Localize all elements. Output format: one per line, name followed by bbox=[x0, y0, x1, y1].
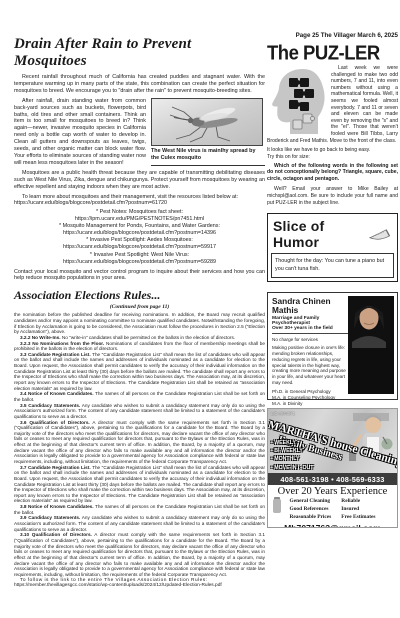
section-lead: 3.9 Candidacy Statements. bbox=[20, 515, 80, 520]
martha-phone-numbers: 408-561-3198 • 408-569-6333 bbox=[268, 473, 397, 485]
section-text: the nomination before the published dead… bbox=[14, 312, 265, 334]
section-text: A director must comply with the same req… bbox=[14, 532, 265, 576]
paragraph: It looks like we have to go back to bein… bbox=[267, 147, 398, 154]
license-number: LIC #844871 bbox=[271, 411, 295, 416]
section-text: The "Candidate Registration List" shall … bbox=[14, 465, 265, 504]
photo-caption: The West Nile virus is mainlhy spread by… bbox=[151, 146, 265, 166]
legal-paragraph: 3.4 Notice of Known Candidates. The name… bbox=[14, 391, 265, 402]
paragraph: Recent rainfall throughout much of Calif… bbox=[14, 74, 265, 95]
paragraph: Mosquitoes are a public health threat be… bbox=[14, 170, 265, 191]
paragraph: Try this on for size: bbox=[267, 154, 398, 161]
puzzle-head-image bbox=[267, 66, 327, 136]
slice-of-humor-box: Slice of Humor Thought for the day: You … bbox=[267, 213, 398, 282]
section-lead: 3.2.3 No Nominations from the Floor. bbox=[20, 341, 104, 346]
feature: Insured bbox=[341, 506, 375, 514]
resource-url: https://ipm.ucanr.edu/PMG/PESTNOTES/pn74… bbox=[14, 216, 265, 223]
features: General Cleaning Good References Reasona… bbox=[268, 498, 397, 521]
puzzler-body: Last week we were challenged to make two… bbox=[267, 65, 398, 206]
left-column: Drain After Rain to Prevent Mosquitoes R… bbox=[14, 36, 265, 588]
election-rules-link: https://member.thevillagesgcc.com/static… bbox=[14, 583, 265, 588]
resources-intro: To learn more about mosquitoes and their… bbox=[14, 194, 265, 201]
sandra-mathis-ad: Sandra Chinen Mathis Marriage and Family… bbox=[267, 292, 398, 400]
humor-title: Slice of Humor bbox=[273, 218, 368, 250]
resource-url: https://ucanr.edu/blogs/blogcore/postdet… bbox=[14, 244, 265, 251]
credentials: Ph.D. in General Psychology M.A. in Coun… bbox=[272, 389, 348, 407]
section-lead: 3.2.2 No Write-Ins. bbox=[20, 335, 61, 340]
resource-list: * Pest Notes: Mosquitoes fact sheet: htt… bbox=[14, 209, 265, 265]
sandra-ad-text: Sandra Chinen Mathis Marriage and Family… bbox=[272, 297, 348, 424]
service-list: • WEEKLY • BI-WEEKLY • MONTHLY • MOVE-IN… bbox=[271, 439, 313, 471]
section-text: The "Candidate Registration List" shall … bbox=[14, 352, 265, 391]
section-lead: 3.6 Qualification of Directors. bbox=[20, 420, 90, 425]
portrait-illustration bbox=[348, 296, 390, 348]
features-right: Reliable Insured Free Estimates bbox=[341, 498, 375, 521]
spray-bottle-icon bbox=[273, 499, 281, 513]
puzzle-head-illustration bbox=[267, 66, 327, 136]
martha-cleaning-ad: LIC #844871 MARTHA'S house Cleaning bbox=[267, 408, 398, 528]
features-left: General Cleaning Good References Reasona… bbox=[290, 498, 332, 521]
section-lead: 3.4 Notice of Known Candidates. bbox=[20, 391, 94, 396]
sandra-photo bbox=[348, 296, 394, 394]
resource-label: * Invasive Pest Spotlight: Aedes Mosquit… bbox=[14, 237, 265, 244]
section-lead: 3.5 Candidacy Statements. bbox=[20, 403, 80, 408]
legal-paragraph: 3.9 Candidacy Statements. Any candidate … bbox=[14, 515, 265, 532]
section-lead: 3.8 Notice of Known Candidates. bbox=[20, 504, 94, 509]
legal-paragraph: 3.10 Qualification of Directors. A direc… bbox=[14, 532, 265, 577]
feature: Free Estimates bbox=[341, 514, 375, 522]
page-folio: Page 25 The Villager March 6, 2025 bbox=[267, 32, 398, 39]
feature: General Cleaning bbox=[290, 498, 332, 506]
feature: Reasonable Prices bbox=[290, 514, 332, 522]
legal-paragraph: the nomination before the published dead… bbox=[14, 312, 265, 335]
service-item: • WEEKLY bbox=[271, 439, 313, 447]
pie-slice-icon bbox=[368, 227, 392, 242]
advertiser-name: Sandra Chinen Mathis bbox=[272, 297, 356, 314]
legal-paragraph: 3.3 Candidate Registration List. The "Ca… bbox=[14, 352, 265, 391]
resource-url: https://ucanr.edu/blogs/blogcore/postdet… bbox=[14, 230, 265, 237]
article-title-elections: Association Elections Rules... bbox=[14, 288, 265, 303]
feature: Reliable bbox=[341, 498, 375, 506]
resource-url: https://ucanr.edu/blogs/blogcore/postdet… bbox=[14, 259, 265, 266]
service-item: • MOVE-IN / -OUT bbox=[271, 464, 313, 472]
advertiser-experience: Over 30+ years in the field bbox=[272, 326, 356, 334]
ad-line: No charge for services bbox=[272, 337, 348, 343]
humor-thought: Thought for the day: You can tune a pian… bbox=[271, 253, 394, 278]
feature: Good References bbox=[290, 506, 332, 514]
service-item: • BI-WEEKLY bbox=[271, 447, 313, 455]
article-elections-body: the nomination before the published dead… bbox=[14, 312, 265, 588]
puzzler-title: The PUZ-LER bbox=[267, 41, 398, 65]
legal-paragraph: 3.8 Notice of Known Candidates. The name… bbox=[14, 504, 265, 515]
credential: M.A. in Divinity bbox=[272, 401, 348, 407]
advertiser-title: Marriage and Family Psychotherapist bbox=[272, 316, 356, 326]
resources-main-url: https://ucanr.edu/blogs/blogcore/postdet… bbox=[14, 200, 265, 206]
service-item: • MONTHLY bbox=[271, 455, 313, 463]
mosquito-figure: The West Nile virus is mainlhy spread by… bbox=[151, 98, 265, 166]
article-mosquitoes-body: Recent rainfall throughout much of Calif… bbox=[14, 74, 265, 194]
experience-line: Over 20 Years Experience bbox=[268, 486, 397, 497]
continued-from-note: (Continued from page 11) bbox=[14, 304, 265, 310]
ad-description: Making positive closure in one's life: m… bbox=[272, 345, 348, 385]
newspaper-page: Drain After Rain to Prevent Mosquitoes R… bbox=[0, 0, 400, 618]
mosquito-illustration bbox=[152, 99, 262, 145]
legal-paragraph: 3.6 Qualification of Directors. A direct… bbox=[14, 420, 265, 465]
puzzle-question: Which of the following words in the foll… bbox=[267, 163, 398, 183]
right-column: Page 25 The Villager March 6, 2025 The P… bbox=[267, 32, 398, 528]
legal-paragraph: 3.5 Candidacy Statements. Any candidate … bbox=[14, 403, 265, 420]
article-title-mosquitoes: Drain After Rain to Prevent Mosquitoes bbox=[14, 36, 265, 70]
section-lead: 3.3 Candidate Registration List. bbox=[20, 352, 91, 357]
martha-ad-image: LIC #844871 MARTHA'S house Cleaning bbox=[268, 409, 397, 473]
legal-paragraph: 3.2.3 No Nominations from the Floor. Nom… bbox=[14, 341, 265, 352]
martha-email: Mh7071763@gmail.com bbox=[268, 523, 397, 529]
section-text: A director must comply with the same req… bbox=[14, 420, 265, 464]
resource-label: * Mosquito Management for Ponds, Fountai… bbox=[14, 223, 265, 230]
paragraph: Contact your local mosquito and vector c… bbox=[14, 269, 265, 283]
section-lead: 3.7 Candidate Registration List. bbox=[20, 465, 91, 470]
section-text: No "write-in" candidates shall be permit… bbox=[62, 335, 235, 340]
legal-paragraph: 3.7 Candidate Registration List. The "Ca… bbox=[14, 465, 265, 504]
paragraph: Well? Email your answer to Mike Bailey a… bbox=[267, 186, 398, 206]
mosquito-photo bbox=[151, 98, 263, 146]
resource-label: * Pest Notes: Mosquitoes fact sheet: bbox=[14, 209, 265, 216]
resource-label: * Invasive Pest Spotlight: West Nile Vir… bbox=[14, 252, 265, 259]
section-lead: 3.10 Qualification of Directors. bbox=[20, 532, 92, 537]
